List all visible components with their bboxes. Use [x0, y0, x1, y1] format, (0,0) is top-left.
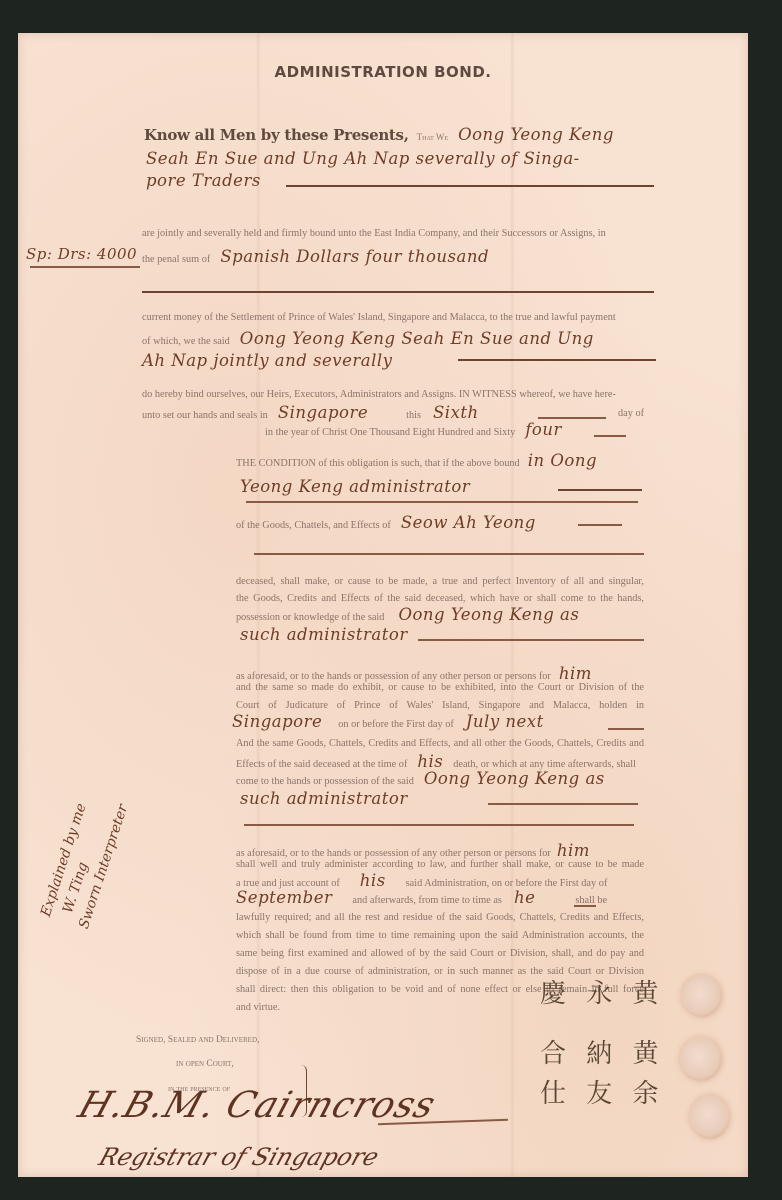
afterwards-label: and afterwards, from time to time as — [352, 895, 502, 906]
condition-p6: and the same so made do exhibit, or caus… — [236, 682, 644, 693]
underline — [254, 553, 644, 555]
first-day-label: on or before the First day of — [338, 719, 454, 730]
condition-p3: possession or knowledge of the said Oong… — [236, 605, 579, 625]
condition-p22: and virtue. — [236, 1002, 280, 1013]
underline — [538, 417, 606, 419]
margin-amount: Sp: Drs: 4000 — [26, 245, 137, 263]
bond-document: ADMINISTRATION BOND. Know all Men by the… — [18, 33, 748, 1177]
payment-print: of which, we the said — [142, 336, 230, 347]
payment-hand-1: Oong Yeong Keng Seah En Sue and Ung — [240, 329, 594, 348]
underline — [142, 291, 654, 293]
he-hand: he — [514, 888, 535, 907]
condition-p7: Court of Judicature of Prince of Wales' … — [236, 700, 644, 711]
registrar-signature: H.B.M. Cairncross — [73, 1085, 441, 1126]
underline — [558, 489, 642, 491]
condition-line-1: THE CONDITION of this obligation is such… — [236, 451, 597, 471]
that-we-label: That We — [417, 132, 448, 142]
underline — [594, 435, 626, 437]
underline — [458, 359, 656, 361]
obligors-hand-3: pore Traders — [146, 171, 261, 190]
underline — [418, 639, 644, 641]
interpreter-note: Explained by me W. Ting Sworn Interprete… — [36, 789, 133, 931]
wax-seal-3 — [690, 1095, 730, 1139]
condition-p11: come to the hands or possession of the s… — [236, 769, 605, 789]
underline — [246, 501, 638, 503]
opening-blackletter: Know all Men by these Presents, — [144, 126, 409, 144]
payment-hand-2: Ah Nap jointly and severally — [142, 351, 393, 370]
witness-line-1: do hereby bind ourselves, our Heirs, Exe… — [142, 389, 654, 400]
account-month-hand: September — [236, 888, 332, 907]
underline — [578, 524, 622, 526]
condition-p1: deceased, shall make, or cause to be mad… — [236, 576, 644, 587]
inventory-month-hand: July next — [466, 712, 544, 731]
condition-p19: same being first examined and allowed of… — [236, 948, 644, 959]
payment-line-2: of which, we the said Oong Yeong Keng Se… — [142, 329, 594, 349]
wax-seal-2 — [680, 1037, 722, 1081]
condition-p17: lawfully required; and all the rest and … — [236, 912, 644, 923]
condition-p14: shall well and truly administer accordin… — [236, 859, 644, 870]
underline — [286, 185, 654, 187]
year-label: in the year of Christ One Thousand Eight… — [265, 427, 515, 438]
condition-p2: the Goods, Credits and Effects of the sa… — [236, 593, 644, 604]
seals-in-label: unto set our hands and seals in — [142, 410, 268, 421]
court-place-hand: Singapore — [232, 712, 322, 731]
open-court-label: in open Court, — [176, 1059, 234, 1069]
aforesaid-label-2: as aforesaid, or to the hands or possess… — [236, 848, 551, 859]
day-of-label: day of — [618, 408, 644, 419]
condition-print: THE CONDITION of this obligation is such… — [236, 458, 520, 469]
obligors-hand-2: Seah En Sue and Ung Ah Nap severally of … — [146, 149, 580, 168]
bound-line: are jointly and severally held and firml… — [142, 228, 654, 239]
payment-line-1: current money of the Settlement of Princ… — [142, 312, 654, 323]
deceased-hand: Seow Ah Yeong — [401, 513, 536, 532]
chinese-signature-row-1: 慶 永 黄 — [540, 973, 665, 1010]
opening-line: Know all Men by these Presents, That We … — [144, 125, 614, 145]
underline — [574, 905, 596, 907]
aforesaid-label: as aforesaid, or to the hands or possess… — [236, 671, 551, 682]
penal-sum-label: the penal sum of — [142, 254, 210, 265]
underline — [608, 728, 644, 730]
registrar-title: Registrar of Singapore — [95, 1143, 382, 1171]
chinese-signature-row-3: 仕 友 余 — [540, 1073, 665, 1110]
wax-seal-1 — [682, 975, 722, 1017]
goods-of-label: of the Goods, Chattels, and Effects of — [236, 520, 391, 531]
document-title: ADMINISTRATION BOND. — [18, 63, 748, 81]
him-hand-2: him — [557, 841, 590, 860]
condition-p18: which shall be found from time to time r… — [236, 930, 644, 941]
penal-sum-hand: Spanish Dollars four thousand — [220, 247, 489, 266]
signed-sealed-label: Signed, Sealed and Delivered, — [136, 1035, 259, 1045]
penal-sum-line: the penal sum of Spanish Dollars four th… — [142, 247, 489, 267]
condition-p5: as aforesaid, or to the hands or possess… — [236, 664, 644, 684]
goods-of-line: of the Goods, Chattels, and Effects of S… — [236, 513, 536, 533]
condition-p9: And the same Goods, Chattels, Credits an… — [236, 738, 644, 749]
administrator-hand-3: Oong Yeong Keng as — [424, 769, 605, 788]
underline — [30, 266, 140, 268]
condition-hand-1: in Oong — [528, 451, 597, 470]
come-to-label: come to the hands or possession of the s… — [236, 776, 414, 787]
knowledge-label: possession or knowledge of the said — [236, 612, 384, 623]
underline — [488, 803, 638, 805]
him-hand: him — [559, 664, 592, 683]
administrator-hand-4: such administrator — [240, 789, 408, 808]
condition-hand-2: Yeong Keng administrator — [240, 477, 470, 496]
underline — [244, 824, 634, 826]
obligors-hand-1: Oong Yeong Keng — [458, 125, 614, 144]
administrator-hand-1: Oong Yeong Keng as — [398, 605, 579, 624]
year-hand: four — [525, 420, 562, 439]
condition-p13: as aforesaid, or to the hands or possess… — [236, 841, 644, 861]
witness-line-3: in the year of Christ One Thousand Eight… — [265, 420, 562, 440]
condition-p8: Singapore on or before the First day of … — [232, 712, 544, 732]
chinese-signature-row-2: 合 納 黄 — [540, 1033, 665, 1070]
administrator-hand-2: such administrator — [240, 625, 408, 644]
